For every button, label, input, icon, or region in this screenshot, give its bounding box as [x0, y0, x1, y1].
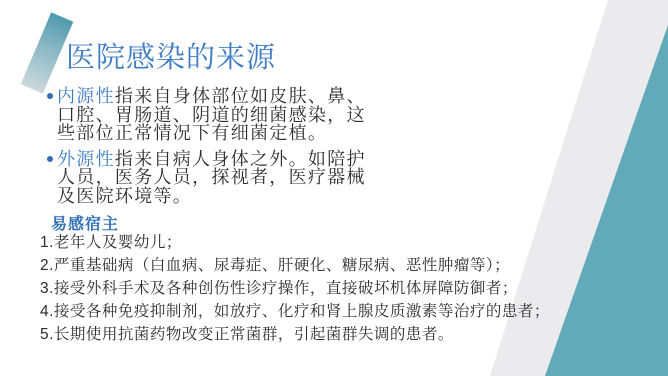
list-item: 2.严重基础病（白血病、尿毒症、肝硬化、糖尿病、恶性肿瘤等）；	[40, 254, 550, 277]
bullet-term: 内源性	[57, 86, 115, 106]
presentation-slide: 医院感染的来源 内源性指来自身体部位如皮肤、鼻、 口腔、胃肠道、阴道的细菌感染，…	[0, 0, 668, 376]
bullet-term: 外源性	[57, 149, 115, 169]
list-item: 1.老年人及婴幼儿；	[40, 231, 550, 254]
slide-title: 医院感染的来源	[66, 42, 276, 74]
bullet-exogenous: 外源性指来自病人身体之外。如陪护 人员，医务人员，探视者，医疗器械 及医院环境等…	[47, 150, 407, 206]
bullet-endogenous: 内源性指来自身体部位如皮肤、鼻、 口腔、胃肠道、阴道的细菌感染，这 些部位正常情…	[47, 87, 407, 143]
bullet-dot-icon	[47, 156, 53, 162]
list-item: 4.接受各种免疫抑制剂，如放疗、化疗和肾上腺皮质激素等治疗的患者；	[40, 300, 550, 323]
list-item: 5.长期使用抗菌药物改变正常菌群，引起菌群失调的患者。	[40, 323, 550, 346]
susceptible-host-list: 1.老年人及婴幼儿； 2.严重基础病（白血病、尿毒症、肝硬化、糖尿病、恶性肿瘤等…	[40, 231, 550, 346]
corner-teal-wedge	[545, 25, 668, 376]
list-item: 3.接受外科手术及各种创伤性诊疗操作，直接破坏机体屏障防御者；	[40, 277, 550, 300]
bullet-dot-icon	[47, 93, 53, 99]
source-bullet-list: 内源性指来自身体部位如皮肤、鼻、 口腔、胃肠道、阴道的细菌感染，这 些部位正常情…	[47, 87, 407, 212]
